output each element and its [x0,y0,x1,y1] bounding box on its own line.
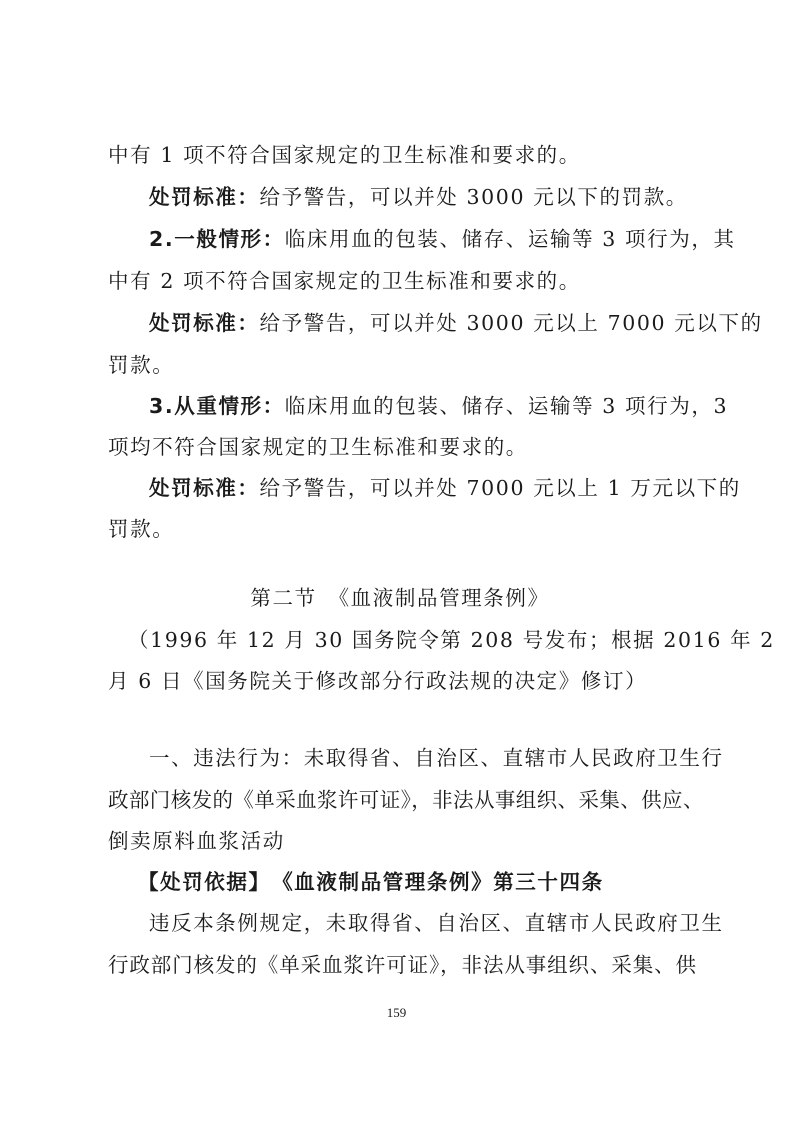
violation-line: 政部门核发的《单采血浆许可证》，非法从事组织、采集、供应、 [108,785,704,815]
paragraph-line: 项均不符合国家规定的卫生标准和要求的。 [108,432,528,462]
penalty-basis-heading: 【处罚依据】 《血液制品管理条例》第三十四条 [138,867,604,897]
paragraph-line: 罚款。 [108,350,174,380]
general-case-line: 2.一般情形：临床用血的包装、储存、运输等 3 项行为，其 [149,224,736,254]
basis-text-line: 行政部门核发的《单采血浆许可证》，非法从事组织、采集、供 [108,950,697,980]
violation-line: 一、违法行为：未取得省、自治区、直辖市人民政府卫生行 [149,743,724,773]
bold-label: 处罚标准： [149,476,260,500]
section-title: 第二节 《血液制品管理条例》 [108,583,692,613]
paragraph-line: 罚款。 [108,514,174,544]
bold-label: 2.一般情形： [149,227,285,251]
section-note: （1996 年 12 月 30 国务院令第 208 号发布；根据 2016 年 … [128,625,775,655]
violation-line: 倒卖原料血浆活动 [108,826,285,856]
bold-label: 处罚标准： [149,311,260,335]
penalty-standard-line: 处罚标准：给予警告，可以并处 3000 元以上 7000 元以下的 [149,308,763,338]
paragraph-line: 中有 1 项不符合国家规定的卫生标准和要求的。 [108,140,581,170]
penalty-standard-line: 处罚标准：给予警告，可以并处 7000 元以上 1 万元以下的 [149,473,741,503]
bold-label: 处罚标准： [149,185,260,209]
bold-label: 3.从重情形： [149,394,285,418]
basis-text-line: 违反本条例规定，未取得省、自治区、直辖市人民政府卫生 [149,908,724,938]
paragraph-line: 中有 2 项不符合国家规定的卫生标准和要求的。 [108,266,581,296]
page-number: 159 [0,1005,793,1021]
severe-case-line: 3.从重情形：临床用血的包装、储存、运输等 3 项行为，3 [149,391,728,421]
section-note: 月 6 日《国务院关于修改部分行政法规的决定》修订） [108,666,647,696]
penalty-standard-line: 处罚标准：给予警告，可以并处 3000 元以下的罚款。 [149,182,688,212]
